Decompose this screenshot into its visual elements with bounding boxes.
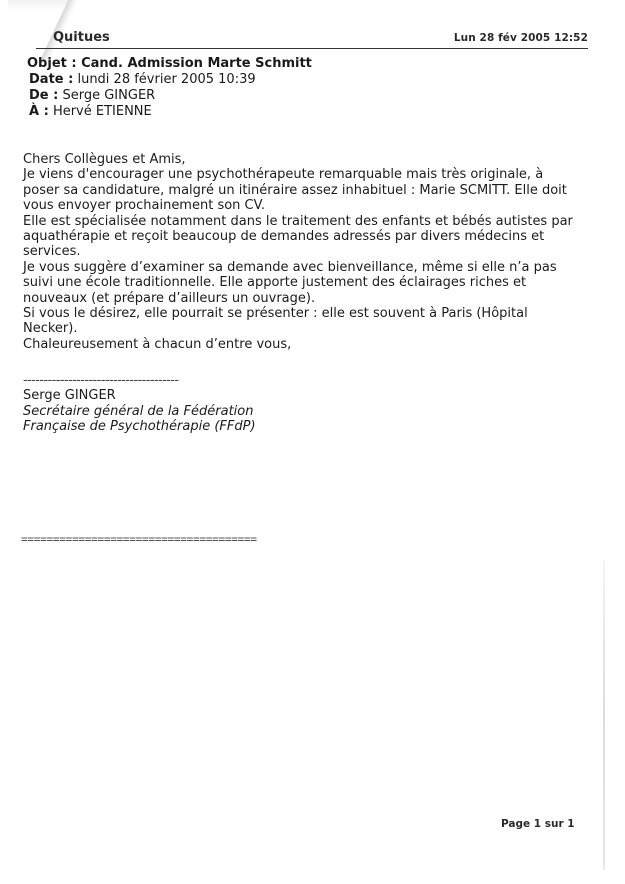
date-value: lundi 28 février 2005 10:39: [77, 72, 255, 87]
signature-title-line2: Française de Psychothérapie (FFdP): [23, 419, 256, 434]
body-line: nouveaux (et prépare d’ailleurs un ouvra…: [23, 291, 583, 306]
signature-title-line1: Secrétaire général de la Fédération: [23, 404, 256, 419]
to-value: Hervé ETIENNE: [53, 104, 152, 119]
body-line: Si vous le désirez, elle pourrait se pré…: [23, 306, 583, 321]
print-header: Quitues Lun 28 fév 2005 12:52: [36, 30, 588, 49]
body-line: services.: [23, 244, 583, 259]
end-separator: =====================================: [21, 532, 257, 546]
body-line: Necker).: [23, 321, 583, 336]
date-row: Date : lundi 28 février 2005 10:39: [29, 72, 312, 88]
to-label: À :: [29, 104, 49, 119]
body-line: aquathérapie et reçoit beaucoup de deman…: [23, 229, 583, 244]
subject-row: Objet : Cand. Admission Marte Schmitt: [27, 56, 312, 72]
signature-block: -------------------------------------- S…: [23, 373, 256, 435]
body-line: Elle est spécialisée notamment dans le t…: [23, 214, 583, 229]
subject-value: Cand. Admission Marte Schmitt: [81, 56, 312, 71]
subject-label: Objet :: [27, 56, 77, 71]
body-line: Je viens d'encourager une psychothérapeu…: [23, 167, 583, 182]
page-indicator: Page 1 sur 1: [501, 818, 575, 830]
from-value: Serge GINGER: [62, 88, 155, 103]
body-line: Chers Collègues et Amis,: [23, 152, 583, 167]
printed-email-page: Quitues Lun 28 fév 2005 12:52 Objet : Ca…: [0, 0, 625, 884]
print-timestamp: Lun 28 fév 2005 12:52: [454, 32, 588, 44]
body-line: vous envoyer prochainement son CV.: [23, 198, 583, 213]
body-line: Je vous suggère d’examiner sa demande av…: [23, 260, 583, 275]
body-line: poser sa candidature, malgré un itinérai…: [23, 183, 583, 198]
body-line: suivi une école traditionnelle. Elle app…: [23, 275, 583, 290]
from-row: De : Serge GINGER: [29, 88, 312, 104]
to-row: À : Hervé ETIENNE: [29, 104, 312, 120]
date-label: Date :: [29, 72, 73, 87]
sender-folder-label: Quitues: [53, 30, 110, 45]
email-body: Chers Collègues et Amis, Je viens d'enco…: [23, 152, 583, 352]
signature-name: Serge GINGER: [23, 388, 256, 403]
body-line: Chaleureusement à chacun d’entre vous,: [23, 337, 583, 352]
scan-artifact: [8, 0, 68, 10]
email-metadata: Objet : Cand. Admission Marte Schmitt Da…: [29, 56, 312, 120]
from-label: De :: [29, 88, 58, 103]
scan-edge-artifact: [603, 560, 605, 870]
signature-separator: --------------------------------------: [23, 373, 256, 388]
